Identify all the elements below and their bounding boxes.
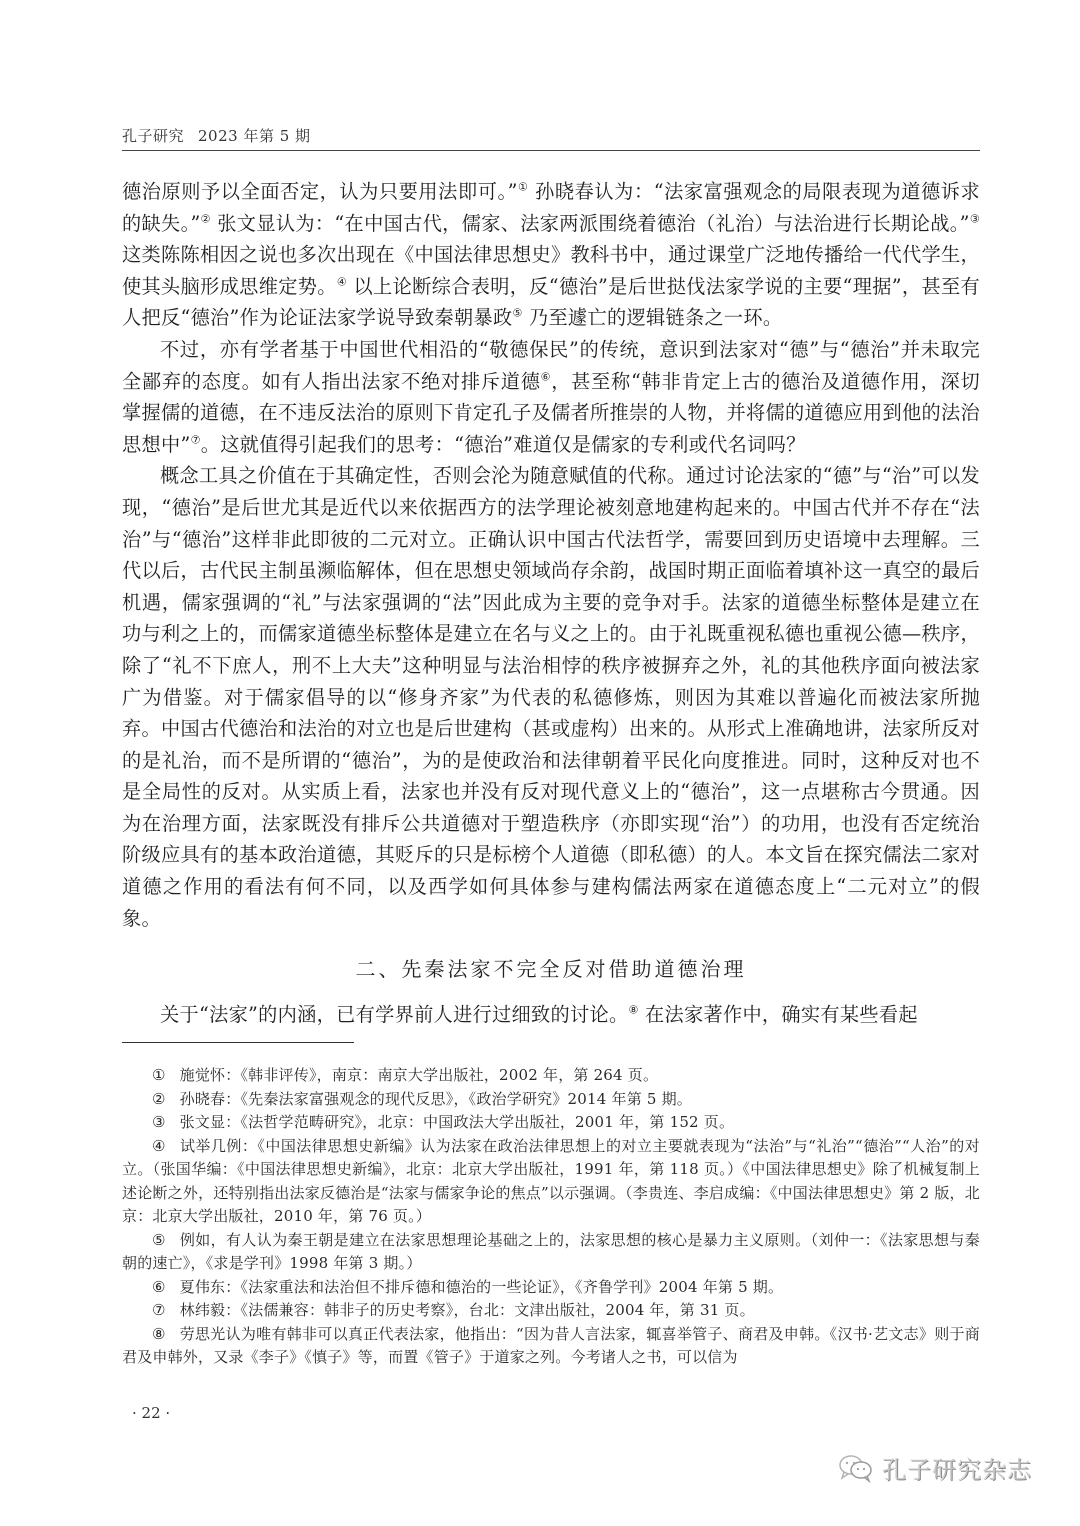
footnote-5: ⑤例如，有人认为秦王朝是建立在法家思想理论基础之上的，法家思想的核心是暴力主义原…: [122, 1229, 980, 1276]
watermark: 孔子研究杂志: [838, 1450, 1032, 1485]
article-body: 德治原则予以全面否定，认为只要用法即可。”① 孙晓春认为：“法家富强观念的局限表…: [122, 176, 980, 1031]
footnote-2: ②孙晓春：《先秦法家富强观念的现代反思》，《政治学研究》2014 年第 5 期。: [122, 1088, 980, 1112]
footnote-separator: [122, 1042, 354, 1043]
watermark-text: 孔子研究杂志: [882, 1450, 1032, 1485]
footnote-ref-7[interactable]: ⑦: [191, 433, 201, 446]
footnote-3: ③张文显：《法哲学范畴研究》，北京：中国政法大学出版社，2001 年，第 152…: [122, 1111, 980, 1135]
page-number: · 22 ·: [132, 1404, 170, 1422]
issue-label: 2023 年第 5 期: [198, 127, 311, 145]
section-heading: 二、先秦法家不完全反对借助道德治理: [122, 953, 980, 982]
footnote-4: ④试举几例：《中国法律思想史新编》认为法家在政治法律思想上的对立主要就表现为“法…: [122, 1135, 980, 1229]
footnote-7: ⑦林纬毅：《法儒兼容：韩非子的历史考察》，台北：文津出版社，2004 年，第 3…: [122, 1299, 980, 1323]
wechat-icon: [838, 1453, 874, 1483]
paragraph-4: 关于“法家”的内涵，已有学界前人进行过细致的讨论。⑧ 在法家著作中，确实有某些看…: [122, 999, 980, 1031]
footnote-ref-3[interactable]: ③: [970, 212, 980, 225]
footnote-ref-6[interactable]: ⑥: [541, 370, 552, 383]
footnote-8: ⑧劳思光认为唯有韩非可以真正代表法家，他指出：“因为昔人言法家，辄喜举管子、商君…: [122, 1323, 980, 1370]
footnotes: ①施觉怀：《韩非评传》，南京：南京大学出版社，2002 年，第 264 页。 ②…: [122, 1064, 980, 1370]
paragraph-2: 不过，亦有学者基于中国世代相沿的“敬德保民”的传统，意识到法家对“德”与“德治”…: [122, 334, 980, 460]
footnote-1: ①施觉怀：《韩非评传》，南京：南京大学出版社，2002 年，第 264 页。: [122, 1064, 980, 1088]
journal-page: 孔子研究2023 年第 5 期 德治原则予以全面否定，认为只要用法即可。”① 孙…: [0, 0, 1080, 1526]
paragraph-3: 概念工具之价值在于其确定性，否则会沦为随意赋值的代称。通过讨论法家的“德”与“治…: [122, 460, 980, 934]
journal-name: 孔子研究: [122, 127, 184, 145]
footnote-ref-2[interactable]: ②: [201, 212, 211, 225]
footnote-ref-4[interactable]: ④: [337, 275, 347, 288]
paragraph-1: 德治原则予以全面否定，认为只要用法即可。”① 孙晓春认为：“法家富强观念的局限表…: [122, 176, 980, 334]
header-rule: [122, 150, 980, 151]
footnote-6: ⑥夏伟东：《法家重法和法治但不排斥德和德治的一些论证》，《齐鲁学刊》2004 年…: [122, 1276, 980, 1300]
footnote-ref-1[interactable]: ①: [518, 181, 529, 194]
running-header: 孔子研究2023 年第 5 期: [122, 125, 311, 146]
footnote-ref-8[interactable]: ⑧: [628, 1004, 638, 1017]
footnote-ref-5[interactable]: ⑤: [512, 307, 522, 320]
